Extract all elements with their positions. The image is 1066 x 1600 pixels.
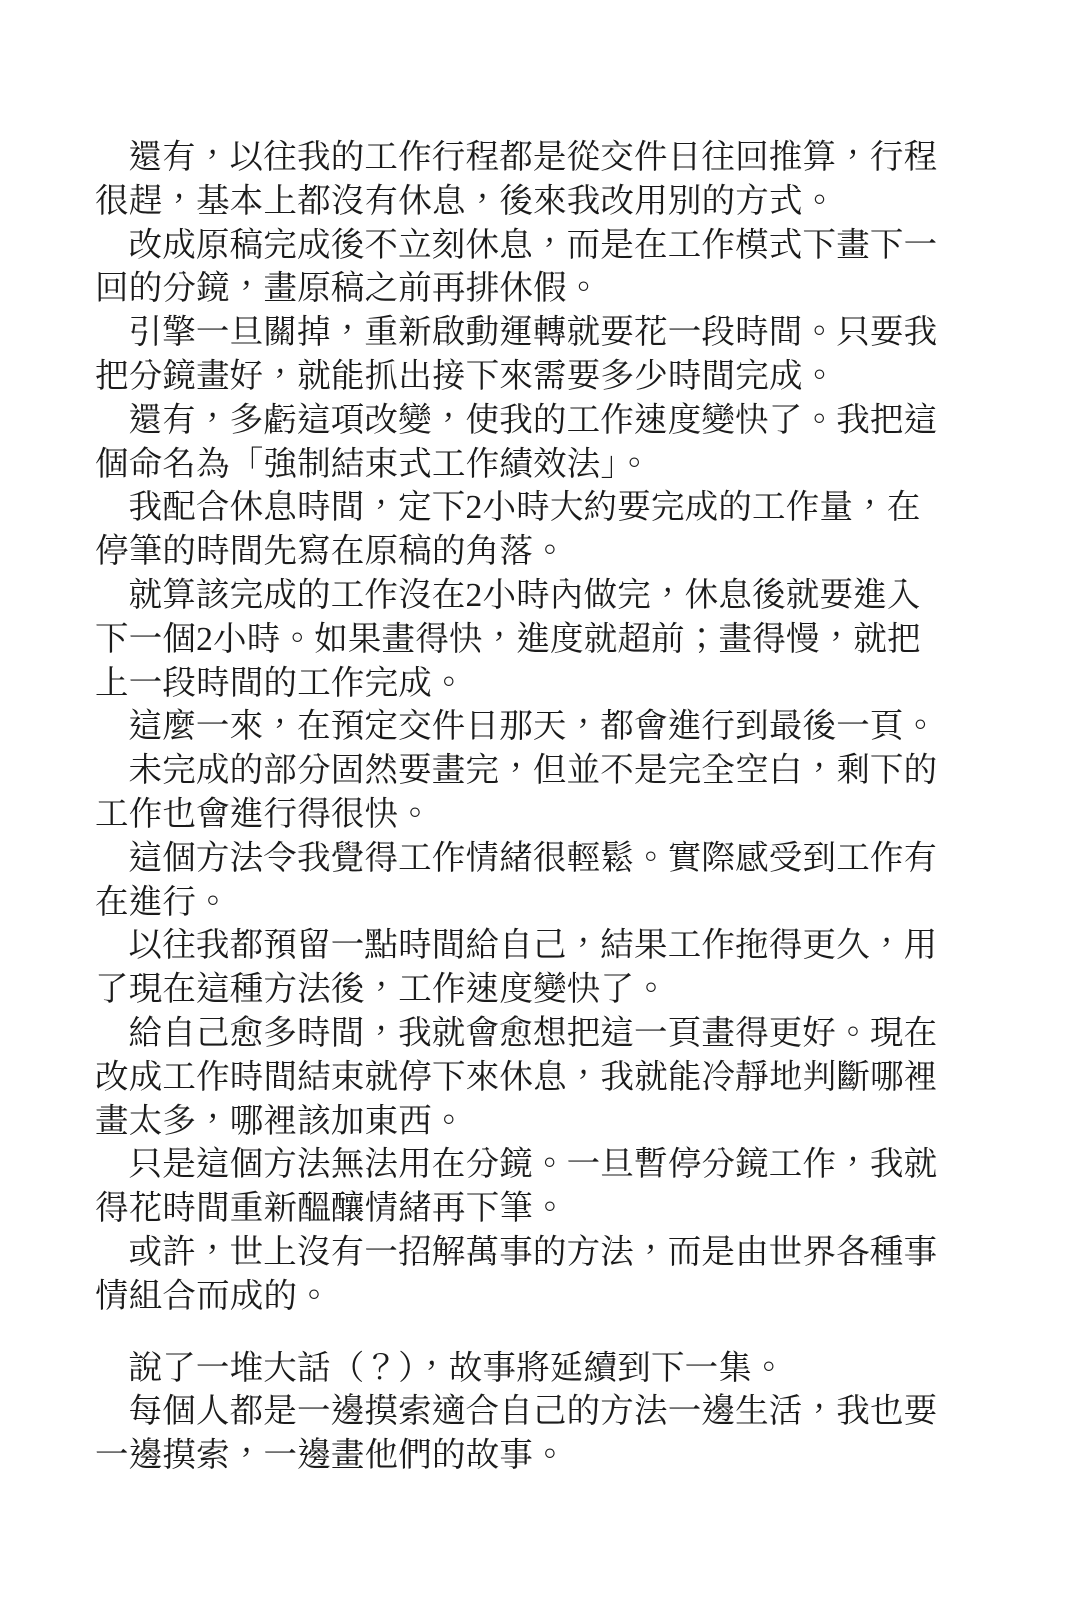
- closing-section: 說了一堆大話（？），故事將延續到下一集。 每個人都是一邊摸索適合自己的方法一邊生…: [95, 1347, 943, 1478]
- text-line: 這麼一來，在預定交件日那天，都會進行到最後一頁。: [95, 705, 943, 749]
- text-line: 情組合而成的。: [95, 1275, 943, 1319]
- text-line: 了現在這種方法後，工作速度變快了。: [95, 968, 943, 1012]
- text-line: 停筆的時間先寫在原稿的角落。: [95, 530, 943, 574]
- paragraph: 未完成的部分固然要畫完，但並不是完全空白，剩下的 工作也會進行得很快。: [95, 749, 943, 837]
- text-line: 得花時間重新醞釀情緒再下筆。: [95, 1187, 943, 1231]
- text-line: 還有，以往我的工作行程都是從交件日往回推算，行程: [95, 136, 943, 180]
- paragraph: 還有，以往我的工作行程都是從交件日往回推算，行程 很趕，基本上都沒有休息，後來我…: [95, 136, 943, 224]
- text-line: 把分鏡畫好，就能抓出接下來需要多少時間完成。: [95, 355, 943, 399]
- paragraph: 或許，世上沒有一招解萬事的方法，而是由世界各種事 情組合而成的。: [95, 1231, 943, 1319]
- text-line: 在進行。: [95, 881, 943, 925]
- text-line: 給自己愈多時間，我就會愈想把這一頁畫得更好。現在: [95, 1012, 943, 1056]
- text-line: 還有，多虧這項改變，使我的工作速度變快了。我把這: [95, 399, 943, 443]
- paragraph: 還有，多虧這項改變，使我的工作速度變快了。我把這 個命名為「強制結束式工作績效法…: [95, 399, 943, 487]
- text-line: 很趕，基本上都沒有休息，後來我改用別的方式。: [95, 180, 943, 224]
- text-line: 每個人都是一邊摸索適合自己的方法一邊生活，我也要: [95, 1390, 943, 1434]
- text-line: 一邊摸索，一邊畫他們的故事。: [95, 1434, 943, 1478]
- text-line: 引擎一旦關掉，重新啟動運轉就要花一段時間。只要我: [95, 311, 943, 355]
- text-line: 改成原稿完成後不立刻休息，而是在工作模式下畫下一: [95, 224, 943, 268]
- text-line: 未完成的部分固然要畫完，但並不是完全空白，剩下的: [95, 749, 943, 793]
- text-line: 以往我都預留一點時間給自己，結果工作拖得更久，用: [95, 924, 943, 968]
- paragraph: 就算該完成的工作沒在2小時內做完，休息後就要進入 下一個2小時。如果畫得快，進度…: [95, 574, 943, 705]
- text-line: 個命名為「強制結束式工作績效法」。: [95, 443, 943, 487]
- paragraph: 這個方法令我覺得工作情緒很輕鬆。實際感受到工作有 在進行。: [95, 837, 943, 925]
- text-line: 改成工作時間結束就停下來休息，我就能冷靜地判斷哪裡: [95, 1056, 943, 1100]
- paragraph: 這麼一來，在預定交件日那天，都會進行到最後一頁。: [95, 705, 943, 749]
- paragraph: 以往我都預留一點時間給自己，結果工作拖得更久，用 了現在這種方法後，工作速度變快…: [95, 924, 943, 1012]
- text-line: 或許，世上沒有一招解萬事的方法，而是由世界各種事: [95, 1231, 943, 1275]
- text-line: 我配合休息時間，定下2小時大約要完成的工作量，在: [95, 486, 943, 530]
- text-line: 工作也會進行得很快。: [95, 793, 943, 837]
- paragraph: 說了一堆大話（？），故事將延續到下一集。: [95, 1347, 943, 1391]
- book-page: 還有，以往我的工作行程都是從交件日往回推算，行程 很趕，基本上都沒有休息，後來我…: [0, 0, 1066, 1600]
- text-line: 只是這個方法無法用在分鏡。一旦暫停分鏡工作，我就: [95, 1143, 943, 1187]
- paragraph: 引擎一旦關掉，重新啟動運轉就要花一段時間。只要我 把分鏡畫好，就能抓出接下來需要…: [95, 311, 943, 399]
- text-line: 上一段時間的工作完成。: [95, 662, 943, 706]
- paragraph: 我配合休息時間，定下2小時大約要完成的工作量，在 停筆的時間先寫在原稿的角落。: [95, 486, 943, 574]
- paragraph: 給自己愈多時間，我就會愈想把這一頁畫得更好。現在 改成工作時間結束就停下來休息，…: [95, 1012, 943, 1143]
- text-line: 說了一堆大話（？），故事將延續到下一集。: [95, 1347, 943, 1391]
- text-line: 這個方法令我覺得工作情緒很輕鬆。實際感受到工作有: [95, 837, 943, 881]
- afterword-text: 還有，以往我的工作行程都是從交件日往回推算，行程 很趕，基本上都沒有休息，後來我…: [95, 136, 943, 1478]
- paragraph: 只是這個方法無法用在分鏡。一旦暫停分鏡工作，我就 得花時間重新醞釀情緒再下筆。: [95, 1143, 943, 1231]
- text-line: 就算該完成的工作沒在2小時內做完，休息後就要進入: [95, 574, 943, 618]
- text-line: 下一個2小時。如果畫得快，進度就超前；畫得慢，就把: [95, 618, 943, 662]
- text-line: 畫太多，哪裡該加東西。: [95, 1100, 943, 1144]
- paragraph: 每個人都是一邊摸索適合自己的方法一邊生活，我也要 一邊摸索，一邊畫他們的故事。: [95, 1390, 943, 1478]
- text-line: 回的分鏡，畫原稿之前再排休假。: [95, 267, 943, 311]
- paragraph: 改成原稿完成後不立刻休息，而是在工作模式下畫下一 回的分鏡，畫原稿之前再排休假。: [95, 224, 943, 312]
